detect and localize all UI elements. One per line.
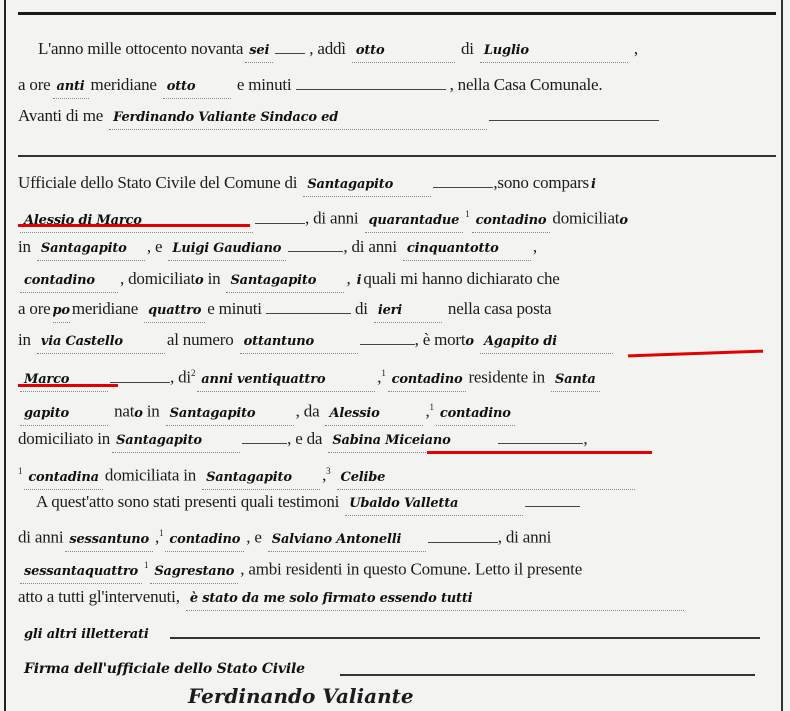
handwritten-occupation: contadino (20, 270, 118, 293)
printed-text: , e (246, 528, 261, 547)
printed-text: , di anni (343, 237, 396, 256)
printed-text: di (461, 39, 474, 58)
printed-text: quali mi hanno dichiarato che (363, 269, 559, 288)
handwritten-declarant-name: Alessio di Marco (20, 210, 253, 233)
printed-text: a ore (18, 299, 51, 318)
record-line-comune: Ufficiale dello Stato Civile del Comune … (18, 172, 778, 197)
handwritten-post: po (53, 300, 70, 323)
handwritten-street: via Castello (37, 331, 165, 354)
red-underline (18, 384, 118, 387)
printed-text: , di anni (305, 209, 358, 228)
handwritten-occupation: contadino (388, 369, 467, 392)
printed-text: , di anni (498, 528, 551, 547)
handwritten-deceased-name: Agapito di (480, 331, 613, 354)
handwritten-marital-status: Celibe (337, 467, 635, 490)
footnote-marker: 1 (465, 209, 469, 219)
footnote-marker: 1 (18, 466, 22, 476)
record-line-residents: sessantaquattro1Sagrestano, ambi residen… (18, 554, 778, 584)
handwritten-age: sessantuno (65, 529, 153, 552)
record-line-father: gapito nato in Santagapito, da Alessio,1… (18, 396, 778, 426)
red-underline (18, 224, 250, 227)
handwritten-place: Santa (551, 369, 600, 392)
handwritten-suffix: i (591, 174, 596, 196)
record-line-deceased: in via Castelloal numero ottantuno, è mo… (18, 329, 778, 354)
footnote-marker: 1 (381, 368, 385, 378)
handwritten-ante: anti (53, 76, 89, 99)
printed-text: L'anno mille ottocento novanta (38, 39, 243, 58)
printed-text: A quest'atto sono stati presenti quali t… (36, 492, 339, 511)
printed-text: meridiane (72, 299, 138, 318)
record-line-year: L'anno mille ottocento novantasei , addì… (18, 38, 790, 63)
record-line-mother: domiciliato inSantagapito, e da Sabina M… (18, 428, 778, 453)
footnote-marker: 1 (144, 560, 148, 570)
handwritten-hour: quattro (144, 300, 205, 323)
printed-text: in (18, 330, 31, 349)
printed-text: , è mort (415, 330, 466, 349)
printed-text: , nella Casa Comunale. (450, 75, 603, 94)
handwritten-house-number: ottantuno (240, 331, 358, 354)
record-line-signature-label: Firma dell'ufficiale dello Stato Civile (18, 657, 778, 680)
record-line-domicile: contadino, domiciliato in Santagapito, i… (18, 268, 778, 293)
printed-text: al numero (167, 330, 234, 349)
printed-text: in (208, 269, 221, 288)
handwritten-mother-name: Sabina Miceiano (328, 430, 496, 453)
printed-text: , domiciliat (120, 269, 195, 288)
printed-text: , ambi residenti in questo Comune. Letto… (240, 560, 582, 579)
printed-text: Avanti di me (18, 106, 103, 125)
printed-text: residente in (468, 368, 544, 387)
page-border-right (781, 0, 783, 711)
handwritten-place: Santagapito (37, 238, 145, 261)
handwritten-place: Santagapito (112, 430, 240, 453)
printed-text: in (18, 237, 31, 256)
footnote-marker: 3 (326, 466, 330, 476)
printed-text: e minuti (237, 75, 292, 94)
printed-text: domiciliato in (18, 429, 110, 448)
footnote-marker: 1 (430, 402, 434, 412)
record-line-mother-domicile: 1contadinadomiciliata in Santagapito,3 C… (18, 460, 778, 490)
printed-text: nat (114, 402, 134, 421)
handwritten-month: Luglio (480, 40, 628, 63)
handwritten-suffix: o (465, 331, 473, 353)
record-line-illiterate: gli altri illetterati (18, 622, 778, 646)
printed-text: in (147, 402, 160, 421)
record-line-time: a oreantimeridiane otto e minuti , nella… (18, 74, 778, 99)
handwritten-occupation: Sagrestano (150, 561, 238, 584)
printed-text: nella casa posta (448, 299, 551, 318)
handwritten-signature-label: Firma dell'ufficiale dello Stato Civile (20, 658, 309, 680)
printed-text: atto a tutti gl'intervenuti, (18, 587, 180, 606)
officer-signature: Ferdinando Valiante (188, 684, 414, 708)
printed-text: , (583, 429, 587, 448)
printed-text: di anni (18, 528, 63, 547)
handwritten-occupation: contadino (472, 210, 551, 233)
section-rule (18, 155, 776, 157)
handwritten-age: anni ventiquattro (197, 369, 375, 392)
handwritten-day: otto (352, 40, 455, 63)
handwritten-occupation: contadino (436, 403, 515, 426)
handwritten-comune: Santagapito (303, 174, 431, 197)
printed-text: , e da (287, 429, 322, 448)
closing-line (340, 674, 755, 676)
page-border-left (4, 0, 6, 711)
printed-text: Ufficiale dello Stato Civile del Comune … (18, 173, 297, 192)
closing-line (170, 637, 760, 639)
handwritten-occupation: contadina (24, 467, 103, 490)
handwritten-suffix: o (134, 403, 142, 425)
printed-text: domiciliat (552, 209, 619, 228)
handwritten-birthplace: Santagapito (166, 403, 294, 426)
footnote-marker: 2 (191, 368, 195, 378)
printed-text: , addì (309, 39, 346, 58)
handwritten-day: ieri (374, 300, 442, 323)
handwritten-officer: Ferdinando Valiante Sindaco ed (109, 107, 487, 130)
handwritten-suffix: o (619, 210, 627, 232)
handwritten-suffix: o (195, 270, 203, 292)
handwritten-witness-2: Salviano Antonelli (268, 529, 426, 552)
record-line-reading: atto a tutti gl'intervenuti, è stato da … (18, 586, 778, 611)
handwritten-year: sei (245, 40, 273, 63)
printed-text: , e (147, 237, 162, 256)
record-line-death-time: a orepomeridiane quattroe minuti di ieri… (18, 298, 778, 323)
printed-text: , di (170, 368, 191, 387)
handwritten-hour: otto (163, 76, 231, 99)
handwritten-age: sessantaquattro (20, 561, 142, 584)
handwritten-father-name: Alessio (325, 403, 423, 426)
printed-text: , da (296, 402, 320, 421)
handwritten-occupation: contadino (165, 529, 244, 552)
printed-text: ,sono compars (493, 173, 589, 192)
record-line-declarant-2: in Santagapito, e Luigi Gaudiano, di ann… (18, 236, 778, 261)
footnote-marker: 1 (159, 528, 163, 538)
handwritten-witness-1: Ubaldo Valletta (345, 493, 523, 516)
record-line-declarant-1: Alessio di Marco, di anni quarantadue1co… (18, 203, 778, 233)
red-underline (427, 451, 652, 454)
handwritten-age: cinquantotto (403, 238, 531, 261)
handwritten-signature-note: è stato da me solo firmato essendo tutti (186, 588, 684, 611)
handwritten-place: Santagapito (226, 270, 344, 293)
printed-text: , (533, 237, 537, 256)
record-line-deceased-age: Marco, di2anni ventiquattro,1contadinore… (18, 362, 778, 392)
printed-text: domiciliata in (105, 466, 196, 485)
handwritten-age: quarantadue (365, 210, 464, 233)
printed-text: meridiane (91, 75, 157, 94)
handwritten-suffix: i (357, 270, 362, 292)
handwritten-place: Santagapito (202, 467, 320, 490)
handwritten-declarant-2-name: Luigi Gaudiano (168, 238, 286, 261)
handwritten-illiterate-note: gli altri illetterati (20, 624, 153, 646)
handwritten-place: gapito (20, 403, 108, 426)
header-rule (18, 12, 776, 15)
printed-text: di (355, 299, 368, 318)
record-line-witnesses: A quest'atto sono stati presenti quali t… (18, 491, 790, 516)
printed-text: e minuti (207, 299, 262, 318)
record-line-witness-ages: di annisessantuno,1contadino, e Salviano… (18, 522, 778, 552)
printed-text: , (634, 39, 638, 58)
handwritten-deceased-surname: Marco (20, 369, 108, 392)
printed-text: a ore (18, 75, 51, 94)
record-line-officer: Avanti di me Ferdinando Valiante Sindaco… (18, 105, 778, 130)
printed-text: , (346, 269, 350, 288)
